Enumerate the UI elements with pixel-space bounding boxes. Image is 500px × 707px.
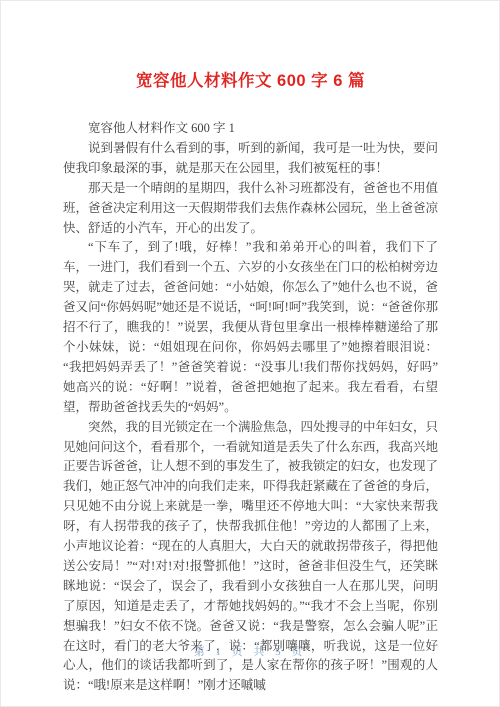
document-body: 宽容他人材料作文 600 字 1 说到暑假有什么看到的事，听到的新闻，我可是一吐… bbox=[63, 119, 438, 696]
paragraph-2: 那天是一个晴朗的星期四，我什么补习班都没有，爸爸也不用值班，爸爸决定利用这一天假… bbox=[63, 179, 438, 239]
paragraph-1: 说到暑假有什么看到的事，听到的新闻，我可是一吐为快，要问使我印象最深的事，就是那… bbox=[63, 139, 438, 179]
document-page: 宽容他人材料作文 600 字 6 篇 宽容他人材料作文 600 字 1 说到暑假… bbox=[1, 1, 499, 706]
section-heading: 宽容他人材料作文 600 字 1 bbox=[63, 119, 438, 139]
paragraph-3: “下车了，到了!哦，好棒！”我和弟弟开心的叫着，我们下了车，一进门，我们看到一个… bbox=[63, 238, 438, 417]
document-title: 宽容他人材料作文 600 字 6 篇 bbox=[63, 69, 438, 93]
page-number-footer: 第 1 页 共 5 页 bbox=[1, 643, 499, 659]
document-viewport: { "doc": { "title": "宽容他人材料作文 600 字 6 篇"… bbox=[0, 0, 500, 707]
